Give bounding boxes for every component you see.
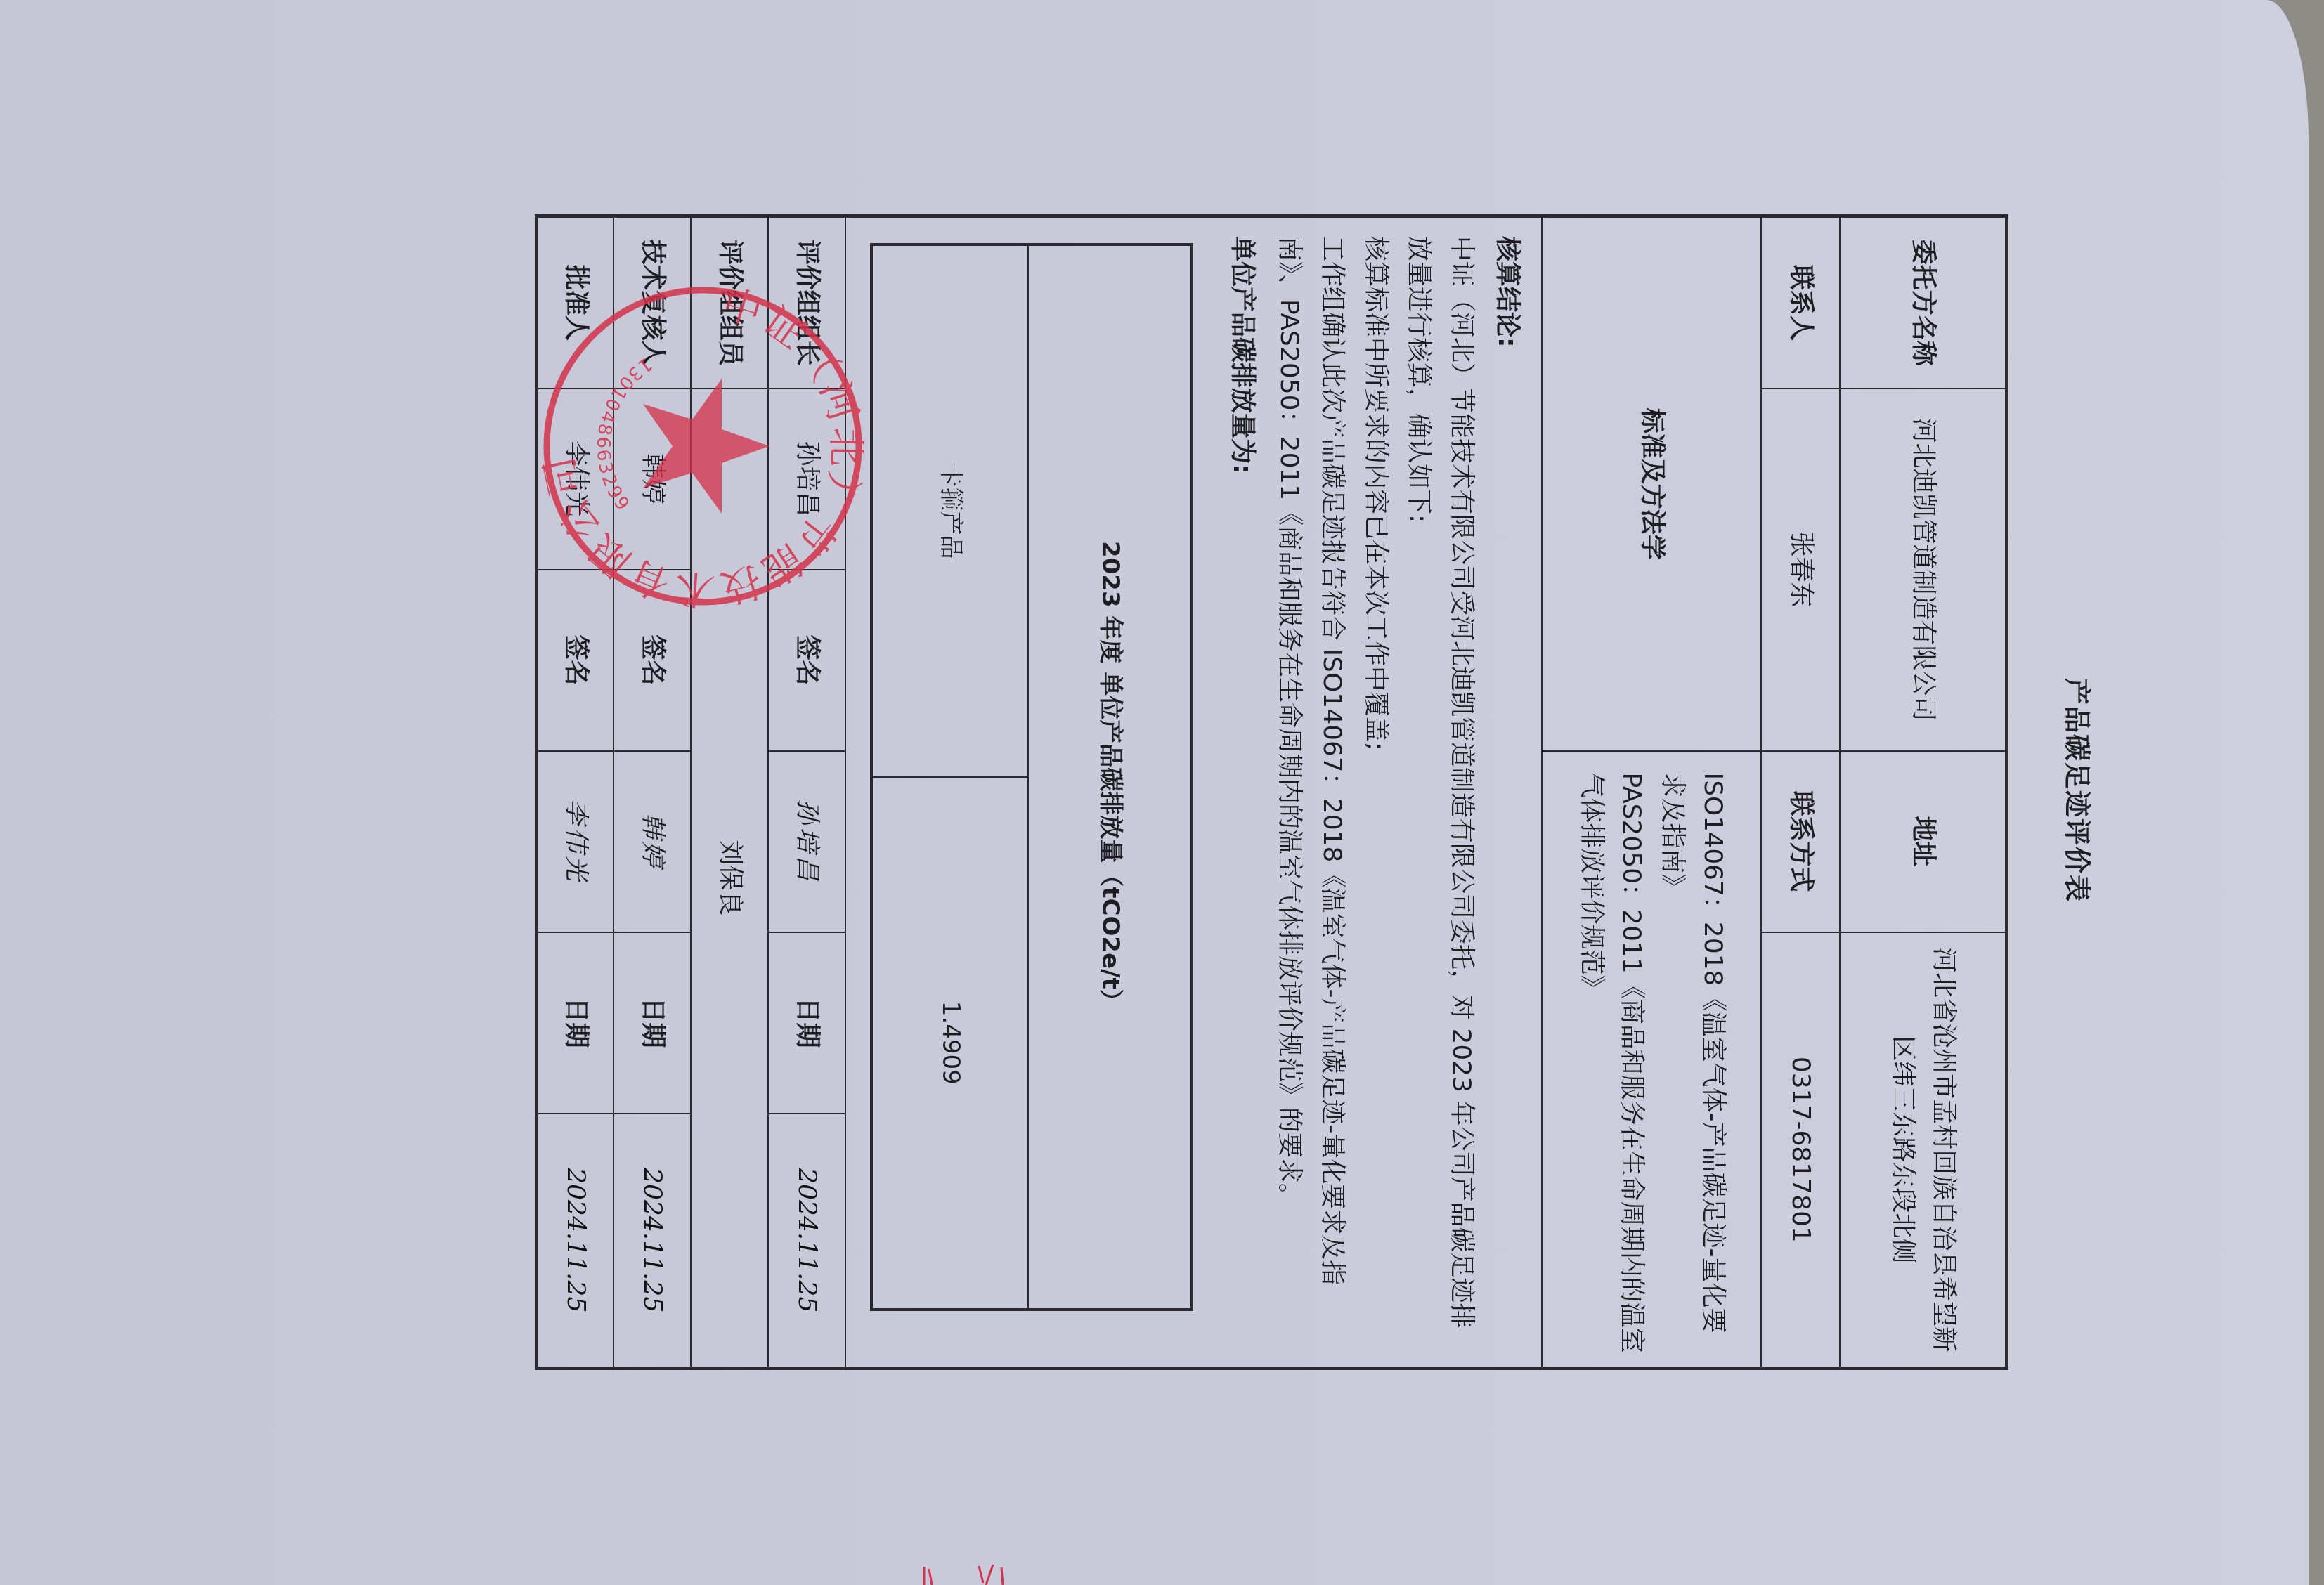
- leader-name: 孙培昌: [768, 389, 845, 570]
- carbon-footprint-form: 产品碳足迹评价表 委托方名称 河北迪凯管道制造有限公司 地址 河北省沧州市孟村回…: [668, 214, 2129, 1367]
- client-name-value: 河北迪凯管道制造有限公司: [1841, 389, 2007, 751]
- unit-emission-label: 单位产品碳排放量为:: [1221, 236, 1262, 1348]
- approver-date-label: 日期: [536, 932, 614, 1114]
- conclusion-paragraph: 工作组确认此次产品碳足迹报告符合 ISO14067：2018《温室气体-产品碳足…: [1268, 236, 1353, 1348]
- standard-item-iso14067: ISO14067：2018《温室气体-产品碳足迹-量化要求及指南》: [1652, 773, 1733, 1357]
- row-leader: 评价组组长 孙培昌 签名 孙培昌 日期 2024.11.25: [768, 216, 845, 1369]
- row-reviewer: 技术复核人 韩婷 签名 韩婷 日期 2024.11.25: [614, 216, 691, 1369]
- leader-sign-label: 签名: [768, 570, 845, 751]
- standards-list: ISO14067：2018《温室气体-产品碳足迹-量化要求及指南》 PAS205…: [1543, 751, 1762, 1369]
- conclusion-cell: 核算结论: 中证（河北）节能技术有限公司受河北迪凯管道制造有限公司委托，对 20…: [845, 216, 1542, 1369]
- member-name: 刘保良: [691, 389, 768, 1369]
- leader-date-label: 日期: [768, 932, 845, 1114]
- reviewer-date: 2024.11.25: [614, 1114, 691, 1369]
- address-label: 地址: [1841, 751, 2007, 932]
- emission-table: 2023 年度 单位产品碳排放量（tCO2e/t） 卡箍产品 1.4909: [870, 243, 1193, 1311]
- conclusion-paragraph: 中证（河北）节能技术有限公司受河北迪凯管道制造有限公司委托，对 2023 年公司…: [1397, 236, 1483, 1348]
- row-member: 评价组组员 刘保良: [691, 216, 768, 1369]
- reviewer-signature: 韩婷: [614, 751, 691, 932]
- approver-sign-label: 签名: [536, 570, 614, 751]
- leader-role: 评价组组长: [768, 216, 845, 389]
- reviewer-name: 韩婷: [614, 389, 691, 570]
- reviewer-role: 技术复核人: [614, 216, 691, 389]
- phone-value: 0317-6817801: [1762, 932, 1841, 1369]
- row-standards: 标准及方法学 ISO14067：2018《温室气体-产品碳足迹-量化要求及指南》…: [1543, 216, 1762, 1369]
- reviewer-date-label: 日期: [614, 932, 691, 1114]
- row-client: 委托方名称 河北迪凯管道制造有限公司 地址 河北省沧州市孟村回族自治县希望新区纬…: [1841, 216, 2007, 1369]
- approver-name: 李伟光: [536, 389, 614, 570]
- member-role: 评价组组员: [691, 216, 768, 389]
- standard-item-pas2050: PAS2050：2011《商品和服务在生命周期内的温室气体排放评价规范》: [1571, 773, 1651, 1357]
- emission-product: 卡箍产品: [871, 244, 1028, 777]
- row-contact: 联系人 张春东 联系方式 0317-6817801: [1762, 216, 1841, 1369]
- leader-signature: 孙培昌: [768, 751, 845, 932]
- reviewer-sign-label: 签名: [614, 570, 691, 751]
- partial-seal-marks-icon: [973, 1563, 1015, 1585]
- standards-label: 标准及方法学: [1543, 216, 1762, 751]
- row-conclusion: 核算结论: 中证（河北）节能技术有限公司受河北迪凯管道制造有限公司委托，对 20…: [845, 216, 1542, 1369]
- approver-date: 2024.11.25: [536, 1114, 614, 1369]
- client-name-label: 委托方名称: [1841, 216, 2007, 389]
- row-approver: 批准人 李伟光 签名 李伟光 日期 2024.11.25: [536, 216, 614, 1369]
- emission-row: 卡箍产品 1.4909: [871, 244, 1028, 1310]
- conclusion-paragraph: 核算标准中所要求的内容已在本次工作中覆盖;: [1353, 236, 1396, 1348]
- contact-value: 张春东: [1762, 389, 1841, 751]
- address-value: 河北省沧州市孟村回族自治县希望新区纬三东路东段北侧: [1841, 932, 2007, 1369]
- approver-role: 批准人: [536, 216, 614, 389]
- approver-signature: 李伟光: [536, 751, 614, 932]
- emission-table-header: 2023 年度 单位产品碳排放量（tCO2e/t）: [1028, 244, 1192, 1310]
- form-table: 委托方名称 河北迪凯管道制造有限公司 地址 河北省沧州市孟村回族自治县希望新区纬…: [535, 214, 2008, 1370]
- form-title: 产品碳足迹评价表: [2031, 214, 2129, 1367]
- leader-date: 2024.11.25: [768, 1114, 845, 1369]
- partial-seal-marks-icon: [921, 1563, 977, 1585]
- emission-value: 1.4909: [871, 777, 1028, 1310]
- conclusion-title: 核算结论:: [1487, 236, 1528, 1348]
- phone-label: 联系方式: [1762, 751, 1841, 932]
- contact-label: 联系人: [1762, 216, 1841, 389]
